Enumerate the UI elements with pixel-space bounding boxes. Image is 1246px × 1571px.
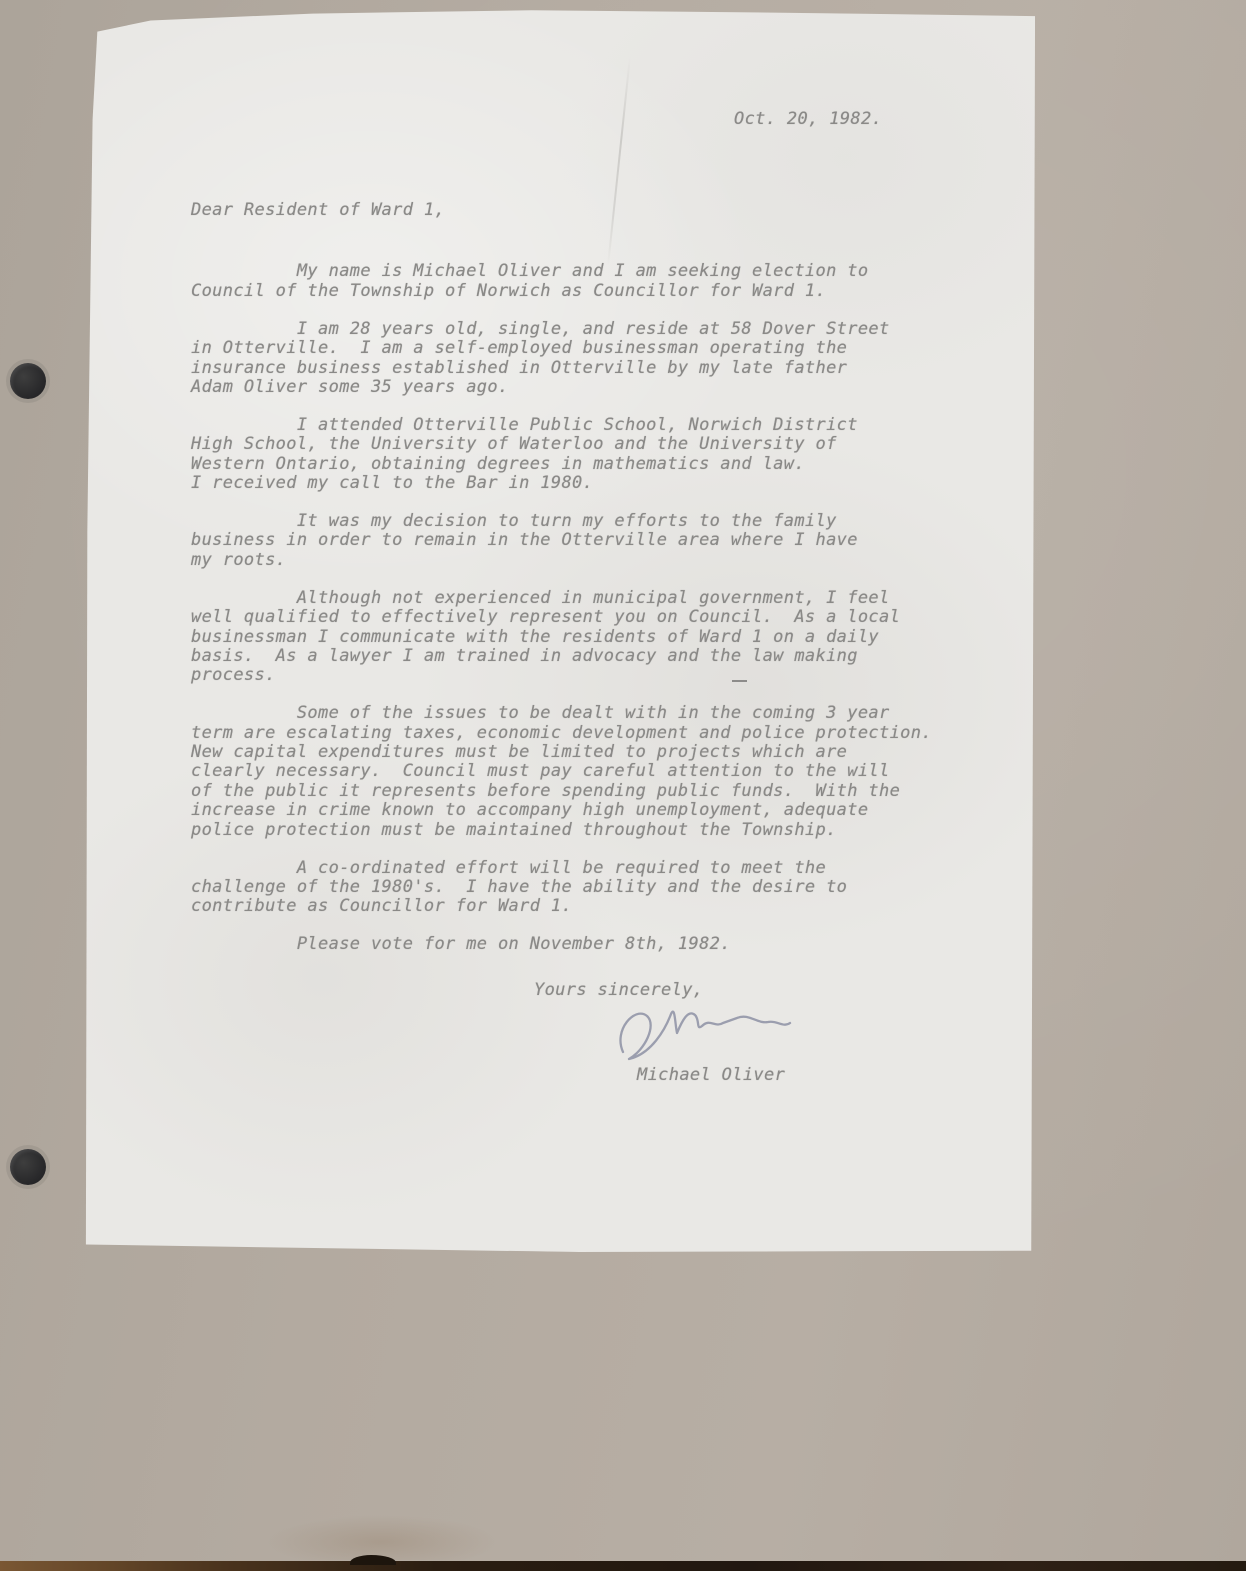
paragraph-qualifications: Although not experienced in municipal go… [191, 589, 981, 686]
paragraph-vote-request: Please vote for me on November 8th, 1982… [191, 935, 981, 954]
stray-dash-mark [732, 680, 747, 682]
table-edge-strip [0, 1561, 1246, 1571]
scrapbook-board: Oct. 20, 1982. Dear Resident of Ward 1, … [0, 0, 1246, 1571]
letter-page: Oct. 20, 1982. Dear Resident of Ward 1, … [84, 8, 1036, 1252]
table-edge-chip [350, 1555, 396, 1565]
punch-hole-top [10, 363, 46, 399]
signature-scribble-icon [609, 996, 824, 1076]
letter-date: Oct. 20, 1982. [734, 110, 882, 129]
paragraph-challenge: A co-ordinated effort will be required t… [191, 859, 981, 917]
salutation: Dear Resident of Ward 1, [191, 201, 981, 220]
letter-body: Dear Resident of Ward 1, My name is Mich… [191, 201, 981, 973]
punch-hole-bottom [10, 1149, 46, 1185]
paragraph-family-business: It was my decision to turn my efforts to… [191, 512, 981, 570]
board-stain [255, 1500, 535, 1560]
paragraph-background: I am 28 years old, single, and reside at… [191, 320, 981, 398]
handwritten-signature [609, 996, 824, 1076]
signature-name: Michael Oliver [637, 1066, 785, 1085]
paragraph-issues: Some of the issues to be dealt with in t… [191, 704, 981, 840]
paragraph-intro: My name is Michael Oliver and I am seeki… [191, 262, 981, 301]
paragraph-education: I attended Otterville Public School, Nor… [191, 416, 981, 494]
